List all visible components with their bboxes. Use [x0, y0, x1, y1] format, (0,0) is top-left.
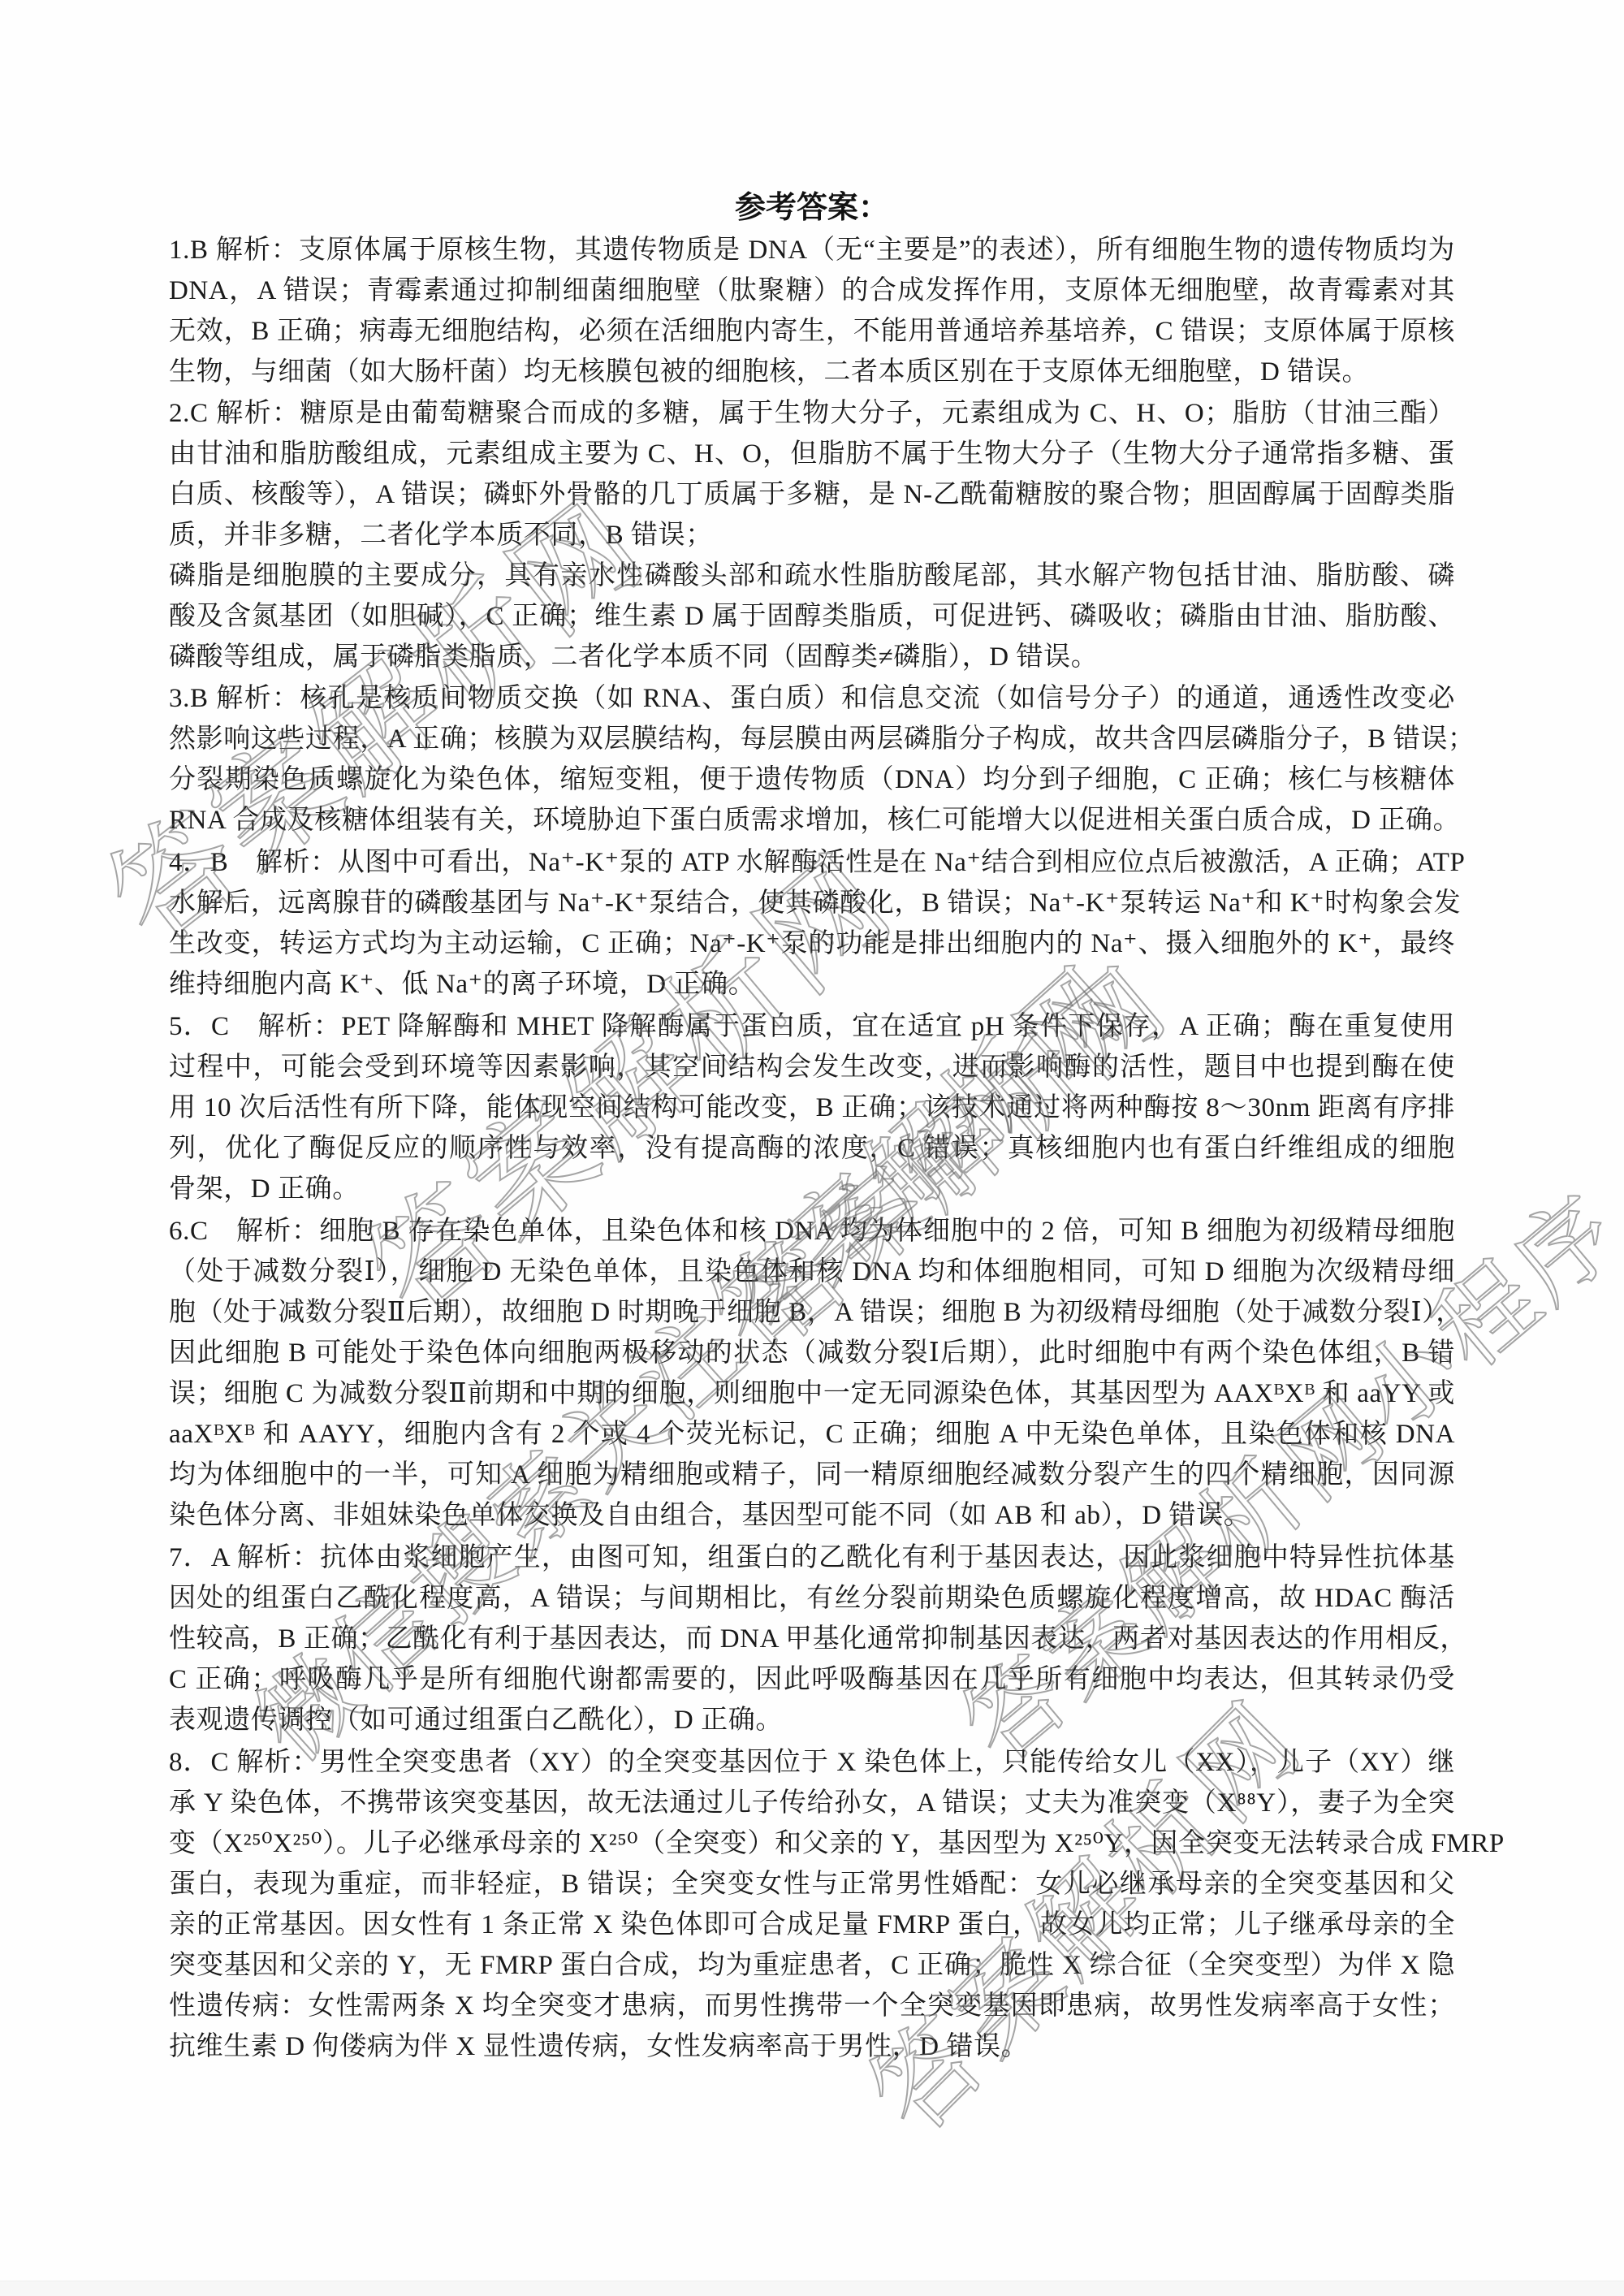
answer-line: 性较高，B 正确；乙酰化有利于基因表达，而 DNA 甲基化通常抑制基因表达，两者… [169, 1619, 1455, 1659]
answer-line: 然影响这些过程，A 正确；核膜为双层膜结构，每层膜由两层磷脂分子构成，故共含四层… [169, 719, 1455, 759]
answer-key-page: 参考答案： 1.B 解析：支原体属于原核生物，其遗传物质是 DNA（无“主要是”… [0, 0, 1624, 2296]
answer-line: 蛋白，表现为重症，而非轻症，B 错误；全突变女性与正常男性婚配：女儿必继承母亲的… [169, 1864, 1455, 1905]
answer-line: 6.C 解析：细胞 B 存在染色单体，且染色体和核 DNA 均为体细胞中的 2 … [169, 1211, 1455, 1252]
answer-line: 骨架，D 正确。 [169, 1169, 1455, 1209]
answer-line: （处于减数分裂Ⅰ），细胞 D 无染色单体，且染色体和核 DNA 均和体细胞相同，… [169, 1252, 1455, 1292]
answer-line: 因处的组蛋白乙酰化程度高，A 错误；与间期相比，有丝分裂前期染色质螺旋化程度增高… [169, 1578, 1455, 1619]
answer-line: 7．A 解析：抗体由浆细胞产生，由图可知，组蛋白的乙酰化有利于基因表达，因此浆细… [169, 1537, 1455, 1578]
answer-line: 生物，与细菌（如大肠杆菌）均无核膜包被的细胞核，二者本质区别在于支原体无细胞壁，… [169, 352, 1455, 392]
answer-line: 性遗传病：女性需两条 X 均全突变才患病，而男性携带一个全突变基因即患病，故男性… [169, 1986, 1455, 2026]
answer-line: 表观遗传调控（如可通过组蛋白乙酰化），D 正确。 [169, 1700, 1455, 1740]
answer-line: 误；细胞 C 为减数分裂Ⅱ前期和中期的细胞，则细胞中一定无同源染色体，其基因型为… [169, 1373, 1455, 1414]
answer-line: 染色体分离、非姐妹染色单体交换及自由组合，基因型可能不同（如 AB 和 ab），… [169, 1495, 1455, 1536]
answer-line: 过程中，可能会受到环境等因素影响，其空间结构会发生改变，进而影响酶的活性，题目中… [169, 1047, 1455, 1087]
answer-line: 酸及含氮基团（如胆碱），C 正确；维生素 D 属于固醇类脂质，可促进钙、磷吸收；… [169, 596, 1455, 637]
answer-line: 4．B 解析：从图中可看出，Na⁺-K⁺泵的 ATP 水解酶活性是在 Na⁺结合… [169, 842, 1455, 883]
answer-line: 2.C 解析：糖原是由葡萄糖聚合而成的多糖，属于生物大分子，元素组成为 C、H、… [169, 393, 1455, 434]
answer-line: 因此细胞 B 可能处于染色体向细胞两极移动的状态（减数分裂Ⅰ后期），此时细胞中有… [169, 1333, 1455, 1373]
answer-line: 突变基因和父亲的 Y，无 FMRP 蛋白合成，均为重症患者，C 正确；脆性 X … [169, 1945, 1455, 1986]
page-bottom-edge [0, 2281, 1624, 2296]
answer-line: C 正确；呼吸酶几乎是所有细胞代谢都需要的，因此呼吸酶基因在几乎所有细胞中均表达… [169, 1659, 1455, 1700]
answer-line: 3.B 解析：核孔是核质间物质交换（如 RNA、蛋白质）和信息交流（如信号分子）… [169, 678, 1455, 719]
answer-line: 由甘油和脂肪酸组成，元素组成主要为 C、H、O，但脂肪不属于生物大分子（生物大分… [169, 434, 1455, 474]
answer-line: 变（X²⁵⁰X²⁵⁰）。儿子必继承母亲的 X²⁵⁰（全突变）和父亲的 Y，基因型… [169, 1823, 1455, 1864]
answer-line: 用 10 次后活性有所下降，能体现空间结构可能改变，B 正确；该技术通过将两种酶… [169, 1087, 1455, 1128]
answer-line: 水解后，远离腺苷的磷酸基团与 Na⁺-K⁺泵结合，使其磷酸化，B 错误；Na⁺-… [169, 883, 1455, 923]
answer-line: 磷脂是细胞膜的主要成分，具有亲水性磷酸头部和疏水性脂肪酸尾部，其水解产物包括甘油… [169, 556, 1455, 596]
answer-line: 5．C 解析：PET 降解酶和 MHET 降解酶属于蛋白质，宜在适宜 pH 条件… [169, 1006, 1455, 1047]
answer-line: 承 Y 染色体，不携带该突变基因，故无法通过儿子传给孙女，A 错误；丈夫为准突变… [169, 1783, 1455, 1823]
answer-line: 亲的正常基因。因女性有 1 条正常 X 染色体即可合成足量 FMRP 蛋白，故女… [169, 1905, 1455, 1945]
answer-line: DNA，A 错误；青霉素通过抑制细菌细胞壁（肽聚糖）的合成发挥作用，支原体无细胞… [169, 270, 1455, 311]
answer-line: 1.B 解析：支原体属于原核生物，其遗传物质是 DNA（无“主要是”的表述），所… [169, 230, 1455, 270]
answer-line: 列，优化了酶促反应的顺序性与效率，没有提高酶的浓度，C 错误；真核细胞内也有蛋白… [169, 1128, 1455, 1169]
answer-line: 均为体细胞中的一半，可知 A 细胞为精细胞或精子，同一精原细胞经减数分裂产生的四… [169, 1455, 1455, 1495]
answer-line: 胞（处于减数分裂Ⅱ后期），故细胞 D 时期晚于细胞 B，A 错误；细胞 B 为初… [169, 1292, 1455, 1333]
answer-line: 生改变，转运方式均为主动运输，C 正确；Na⁺-K⁺泵的功能是排出细胞内的 Na… [169, 923, 1455, 964]
answer-line: 8．C 解析：男性全突变患者（XY）的全突变基因位于 X 染色体上，只能传给女儿… [169, 1742, 1455, 1783]
answer-line: 无效，B 正确；病毒无细胞结构，必须在活细胞内寄生，不能用普通培养基培养，C 错… [169, 311, 1455, 352]
answer-line: aaXᴮXᴮ 和 AAYY，细胞内含有 2 个或 4 个荧光标记，C 正确；细胞… [169, 1414, 1455, 1455]
answer-line: 抗维生素 D 佝偻病为伴 X 显性遗传病，女性发病率高于男性，D 错误。 [169, 2026, 1455, 2067]
answer-line: 维持细胞内高 K⁺、低 Na⁺的离子环境，D 正确。 [169, 964, 1455, 1005]
answer-line: 质，并非多糖，二者化学本质不同，B 错误； [169, 515, 1455, 556]
answer-line: 白质、核酸等），A 错误；磷虾外骨骼的几丁质属于多糖，是 N-乙酰葡糖胺的聚合物… [169, 474, 1455, 515]
page-title: 参考答案： [0, 188, 1624, 226]
answer-line: 分裂期染色质螺旋化为染色体，缩短变粗，便于遗传物质（DNA）均分到子细胞，C 正… [169, 759, 1455, 800]
answer-line: 磷酸等组成，属于磷脂类脂质，二者化学本质不同（固醇类≠磷脂），D 错误。 [169, 637, 1455, 677]
answer-line: RNA 合成及核糖体组装有关，环境胁迫下蛋白质需求增加，核仁可能增大以促进相关蛋… [169, 800, 1455, 841]
